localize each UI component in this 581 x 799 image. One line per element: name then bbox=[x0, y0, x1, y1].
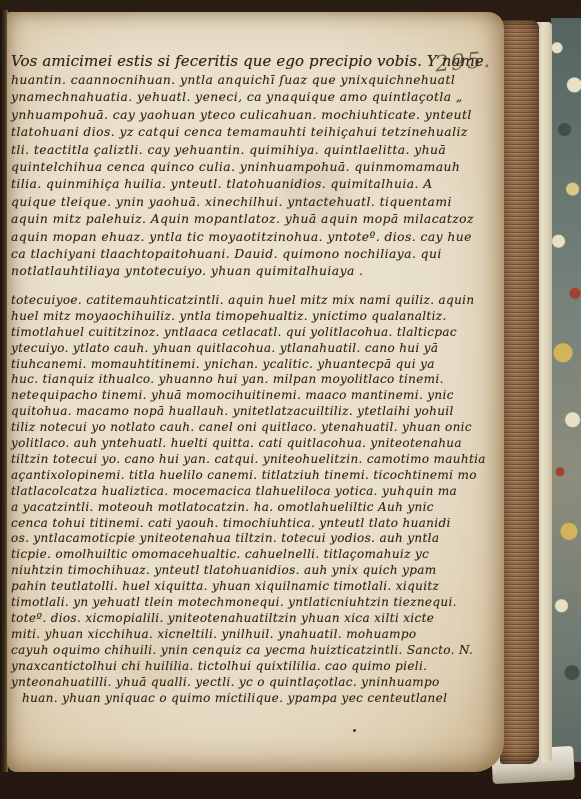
manuscript-page: 295. Vos amicimei estis si feceritis que… bbox=[7, 12, 504, 772]
text-block: Vos amicimei estis si feceritis que ego … bbox=[11, 51, 458, 706]
text-line: quintelchihua cenca quinco culia. yninhu… bbox=[11, 159, 458, 176]
text-line: cayuh oquimo chihuili. ynin cenquiz ca y… bbox=[11, 643, 458, 659]
text-line: ticpie. omolhuiltic omomacehualtic. cahu… bbox=[11, 547, 458, 563]
text-line: yolitlaco. auh yntehuatl. huelti quitta.… bbox=[11, 436, 458, 452]
text-line: tlatlacolcatza hualiztica. mocemacica tl… bbox=[11, 484, 458, 500]
text-line: a yacatzintli. moteouh motlatocatzin. ha… bbox=[11, 500, 458, 516]
text-line: tlatohuani dios. yz catqui cenca temamau… bbox=[11, 124, 458, 141]
latin-incipit: Vos amicimei estis si feceritis que ego … bbox=[11, 51, 458, 72]
text-line: huel mitz moyaochihuiliz. yntla timopehu… bbox=[11, 309, 458, 325]
text-line: ynamechnahuatia. yehuatl. yeneci, ca yna… bbox=[11, 89, 458, 106]
text-line: ca tlachiyani tlaachtopaitohuani. Dauid.… bbox=[11, 246, 458, 263]
text-line: tilia. quinmihiça huilia. ynteutl. tlato… bbox=[11, 176, 458, 193]
text-line: aquin mitz palehuiz. Aquin mopantlatoz. … bbox=[11, 211, 458, 228]
text-line: niuhtzin timochihuaz. ynteutl tlatohuani… bbox=[11, 563, 458, 579]
text-line: tiuhcanemi. momauhtitinemi. ynichan. yca… bbox=[11, 357, 458, 373]
text-line: miti. yhuan xicchihua. xicneltili. ynilh… bbox=[11, 627, 458, 643]
text-line: tiliz notecui yo notlato cauh. canel oni… bbox=[11, 420, 458, 436]
text-line: cenca tohui titinemi. cati yaouh. timoch… bbox=[11, 516, 458, 532]
text-line: açantixolopinemi. titla huelilo canemi. … bbox=[11, 468, 458, 484]
text-line: pahin teutlatolli. huel xiquitta. yhuan … bbox=[11, 579, 458, 595]
text-line: quique tleique. ynin yaohuā. xinechilhui… bbox=[11, 194, 458, 211]
text-line: timotlali. yn yehuatl tlein motechmonequ… bbox=[11, 595, 458, 611]
text-line: tiltzin totecui yo. cano hui yan. catqui… bbox=[11, 452, 458, 468]
text-line: ynteonahuatilli. yhuā qualli. yectli. yc… bbox=[11, 675, 458, 691]
book-fore-edge bbox=[500, 20, 539, 764]
text-line: ynhuampohuā. cay yaohuan yteco culicahua… bbox=[11, 107, 458, 124]
text-line: ynaxcantictolhui chi huililia. tictolhui… bbox=[11, 659, 458, 675]
text-line: toteº. dios. xicmopialili. yniteotenahua… bbox=[11, 611, 458, 627]
text-line: aquin mopan ehuaz. yntla tic moyaotitzin… bbox=[11, 229, 458, 246]
text-line: tli. teactitla çaliztli. cay yehuantin. … bbox=[11, 142, 458, 159]
text-line: timotlahuel cuititzinoz. yntlaaca cetlac… bbox=[11, 325, 458, 341]
text-line: ytecuiyo. ytlato cauh. yhuan quitlacohua… bbox=[11, 341, 458, 357]
text-line: huantin. caannocnihuan. yntla anquichī ſ… bbox=[11, 72, 458, 89]
text-line: netequipacho tinemi. yhuā momocihuitinem… bbox=[11, 388, 458, 404]
text-line: huan. yhuan yniquac o quimo mictilique. … bbox=[11, 691, 458, 707]
text-line: notlatlauhtiliaya yntotecuiyo. yhuan qui… bbox=[11, 263, 458, 280]
ink-dot bbox=[353, 729, 356, 732]
text-line: totecuiyoe. catitemauhticatzintli. aquin… bbox=[11, 293, 458, 309]
text-line: os. yntlacamoticpie yniteotenahua tiltzi… bbox=[11, 531, 458, 547]
marbled-endpaper bbox=[551, 18, 581, 762]
text-line: huc. tianquiz ithualco. yhuanno hui yan.… bbox=[11, 372, 458, 388]
paragraph-2: totecuiyoe. catitemauhticatzintli. aquin… bbox=[11, 293, 458, 707]
manuscript-photo: { "document": { "page_number": "295.", "… bbox=[0, 0, 581, 799]
text-line: quitohua. macamo nopā huallauh. ynitetla… bbox=[11, 404, 458, 420]
paragraph-1: huantin. caannocnihuan. yntla anquichī ſ… bbox=[11, 72, 458, 281]
